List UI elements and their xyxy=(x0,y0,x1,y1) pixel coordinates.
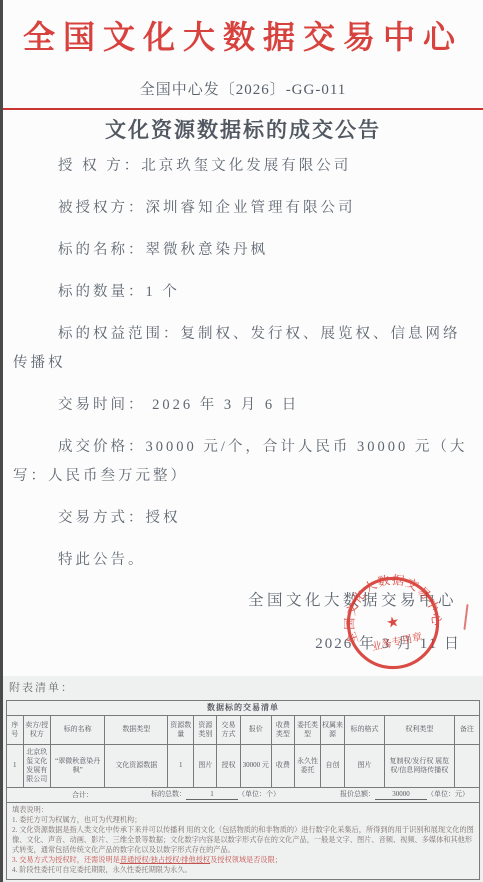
cell-ownership-source: 自创 xyxy=(321,745,345,788)
field-licensor: 授 权 方：北京玖玺文化发展有限公司 xyxy=(13,152,473,181)
deal-table: 数据标的交易清单 序号 卖方/授权方 标的名称 数据类型 资源数量 资源类别 交… xyxy=(6,700,480,803)
document-number: 全国中心发〔2026〕-GG-011 xyxy=(3,78,483,99)
cell-remarks xyxy=(454,745,479,788)
col-header-quote: 报价 xyxy=(240,716,271,745)
field-licensee: 被授权方：深圳睿知企业管理有限公司 xyxy=(13,194,473,223)
signature-org: 全国文化大数据交易中心 xyxy=(3,588,483,610)
table-header-row: 序号 卖方/授权方 标的名称 数据类型 资源数量 资源类别 交易方式 报价 收费… xyxy=(7,716,480,745)
table-notes: 填表说明： 1. 委托方可为权属方，也可为代理机构； 2. 文化资源数据是指人类… xyxy=(6,803,480,880)
attachment-label: 附表清单： xyxy=(6,676,480,700)
closing-line: 特此公告。 xyxy=(13,546,473,575)
col-header-index: 序号 xyxy=(7,716,24,745)
col-header-seller: 卖方/授权方 xyxy=(23,716,50,745)
cell-index: 1 xyxy=(7,745,24,788)
field-transaction-date: 交易时间： 2026 年 3 月 6 日 xyxy=(13,391,473,420)
table-title: 数据标的交易清单 xyxy=(7,701,480,716)
footer-amount-label: 报价总额： xyxy=(340,790,375,798)
col-header-entrust-type: 委托类型 xyxy=(295,716,321,745)
cell-subject-format: 图片 xyxy=(345,745,385,788)
signature-date: 2026 年 3 月 11 日 xyxy=(3,632,483,653)
note-3: 3. 交易方式为授权时，还需说明是普通授权/独占授权/排他授权及授权领域是否设限… xyxy=(12,855,474,865)
footer-amount-value: 30000 xyxy=(375,790,427,800)
cell-subject-name: “翠微秋意染丹枫” xyxy=(50,745,104,788)
note-2: 2. 文化资源数据是指人类文化中传承下来并可以传播利 用的文化（包括物质的和非物… xyxy=(12,825,474,855)
col-header-data-type: 数据类型 xyxy=(105,716,168,745)
footer-count-value: 1 xyxy=(186,790,238,800)
col-header-resource-qty: 资源数量 xyxy=(168,716,194,745)
col-header-fee-type: 收费类型 xyxy=(271,716,294,745)
cell-data-type: 文化资源数据 xyxy=(105,745,168,788)
notes-title: 填表说明： xyxy=(12,805,474,815)
cell-entrust-type: 永久性委托 xyxy=(295,745,321,788)
red-divider xyxy=(3,108,483,110)
cell-rights-type: 复制权/发行权 展览权/信息网络传播权 xyxy=(384,745,454,788)
cell-resource-qty: 1 xyxy=(168,745,194,788)
note-1: 1. 委托方可为权属方，也可为代理机构； xyxy=(12,815,474,825)
attachment-section: 附表清单： 数据标的交易清单 序号 卖方/授权方 标的名称 数据类型 资源数量 … xyxy=(3,676,483,882)
table-footer-row: 合计： 标的总数：1（单位：个） 报价总额：30000（单位：元） xyxy=(7,788,480,803)
col-header-subject-format: 标的格式 xyxy=(345,716,385,745)
field-subject-quantity: 标的数量：1 个 xyxy=(13,278,473,307)
official-seal-icon: 全国文化大数据交易中心 ★ 业务专用章 xyxy=(335,565,451,681)
col-header-ownership-source: 权属来源 xyxy=(321,716,345,745)
footer-count-label: 标的总数： xyxy=(151,790,186,798)
field-subject-name: 标的名称：翠微秋意染丹枫 xyxy=(13,236,473,265)
field-rights-scope: 标的权益范围：复制权、发行权、展览权、信息网络传播权 xyxy=(13,320,473,378)
cell-resource-class: 图片 xyxy=(194,745,217,788)
footer-total-label: 合计： xyxy=(72,791,93,800)
col-header-resource-class: 资源类别 xyxy=(194,716,217,745)
table-row: 1 北京玖玺文化发展有限公司 “翠微秋意染丹枫” 文化资源数据 1 图片 授权 … xyxy=(7,745,480,788)
announcement-body: 授 权 方：北京玖玺文化发展有限公司 被授权方：深圳睿知企业管理有限公司 标的名… xyxy=(3,152,483,575)
cell-method: 授权 xyxy=(217,745,240,788)
org-title: 全国文化大数据交易中心 xyxy=(3,0,483,58)
col-header-remarks: 备注 xyxy=(454,716,479,745)
footer-amount-unit: （单位：元） xyxy=(427,790,469,798)
cell-fee-type: 收费 xyxy=(271,745,294,788)
note-4: 4. 阶段性委托可自定委托期限，永久性委托期限为永久。 xyxy=(12,865,474,875)
footer-count-unit: （单位：个） xyxy=(238,790,280,798)
col-header-subject-name: 标的名称 xyxy=(50,716,104,745)
cell-quote: 30000 元 xyxy=(240,745,271,788)
page-title: 文化资源数据标的成交公告 xyxy=(3,114,483,144)
cell-seller: 北京玖玺文化发展有限公司 xyxy=(23,745,50,788)
signature-block: 全国文化大数据交易中心 2026 年 3 月 11 日 全国文化大数据交易中心 … xyxy=(3,588,483,653)
col-header-rights-type: 权利类型 xyxy=(384,716,454,745)
col-header-method: 交易方式 xyxy=(217,716,240,745)
field-deal-price: 成交价格：30000 元/个，合计人民币 30000 元（大写：人民币叁万元整） xyxy=(13,433,473,491)
field-transaction-method: 交易方式：授权 xyxy=(13,504,473,533)
seal-star-icon: ★ xyxy=(385,614,401,632)
announcement-document: 全国文化大数据交易中心 全国中心发〔2026〕-GG-011 文化资源数据标的成… xyxy=(0,0,483,882)
